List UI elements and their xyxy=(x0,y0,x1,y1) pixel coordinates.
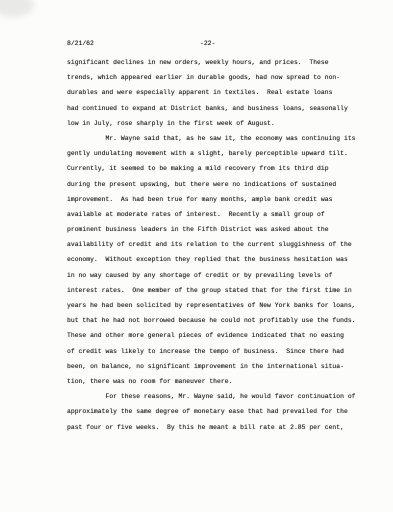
text-line: improvement. As had been true for many m… xyxy=(67,192,363,207)
text-line: interest rates. One member of the group … xyxy=(67,283,363,298)
text-line: in no way caused by any shortage of cred… xyxy=(67,268,363,283)
text-line: significant declines in new orders, week… xyxy=(67,55,363,70)
text-line: durables and were especially apparent in… xyxy=(67,85,363,100)
text-line: of credit was likely to increase the tem… xyxy=(67,344,363,359)
text-line: been, on balance, no significant improve… xyxy=(67,359,363,374)
document-header: 8/21/62 -22- xyxy=(67,40,357,52)
text-line: approximately the same degree of monetar… xyxy=(67,404,363,419)
document-body: significant declines in new orders, week… xyxy=(67,55,363,435)
text-line: For these reasons, Mr. Wayne said, he wo… xyxy=(67,389,363,404)
text-line: during the present upswing, but there we… xyxy=(67,177,363,192)
text-line: These and other more general pieces of e… xyxy=(67,328,363,343)
text-line: had continued to expand at District bank… xyxy=(67,101,363,116)
text-line: past four or five weeks. By this he mean… xyxy=(67,420,363,435)
text-line: economy. Without exception they replied … xyxy=(67,252,363,267)
text-line: gently undulating movement with a slight… xyxy=(67,146,363,161)
text-line: Mr. Wayne said that, as he saw it, the e… xyxy=(67,131,363,146)
document-date: 8/21/62 xyxy=(67,40,94,47)
scan-smudge-artifact xyxy=(0,0,34,17)
text-line: available at moderate rates of interest.… xyxy=(67,207,363,222)
text-line: tion, there was no room for maneuver the… xyxy=(67,374,363,389)
page-number: -22- xyxy=(200,40,215,47)
text-line: low in July, rose sharply in the first w… xyxy=(67,116,363,131)
text-line: trends, which appeared earlier in durabl… xyxy=(67,70,363,85)
text-line: Currently, it seemed to be making a mild… xyxy=(67,161,363,176)
text-line: years he had been solicited by represent… xyxy=(67,298,363,313)
text-line: availability of credit and its relation … xyxy=(67,237,363,252)
document-page: 8/21/62 -22- significant declines in new… xyxy=(0,0,393,512)
text-line: prominent business leaders in the Fifth … xyxy=(67,222,363,237)
text-line: but that he had not borrowed because he … xyxy=(67,313,363,328)
